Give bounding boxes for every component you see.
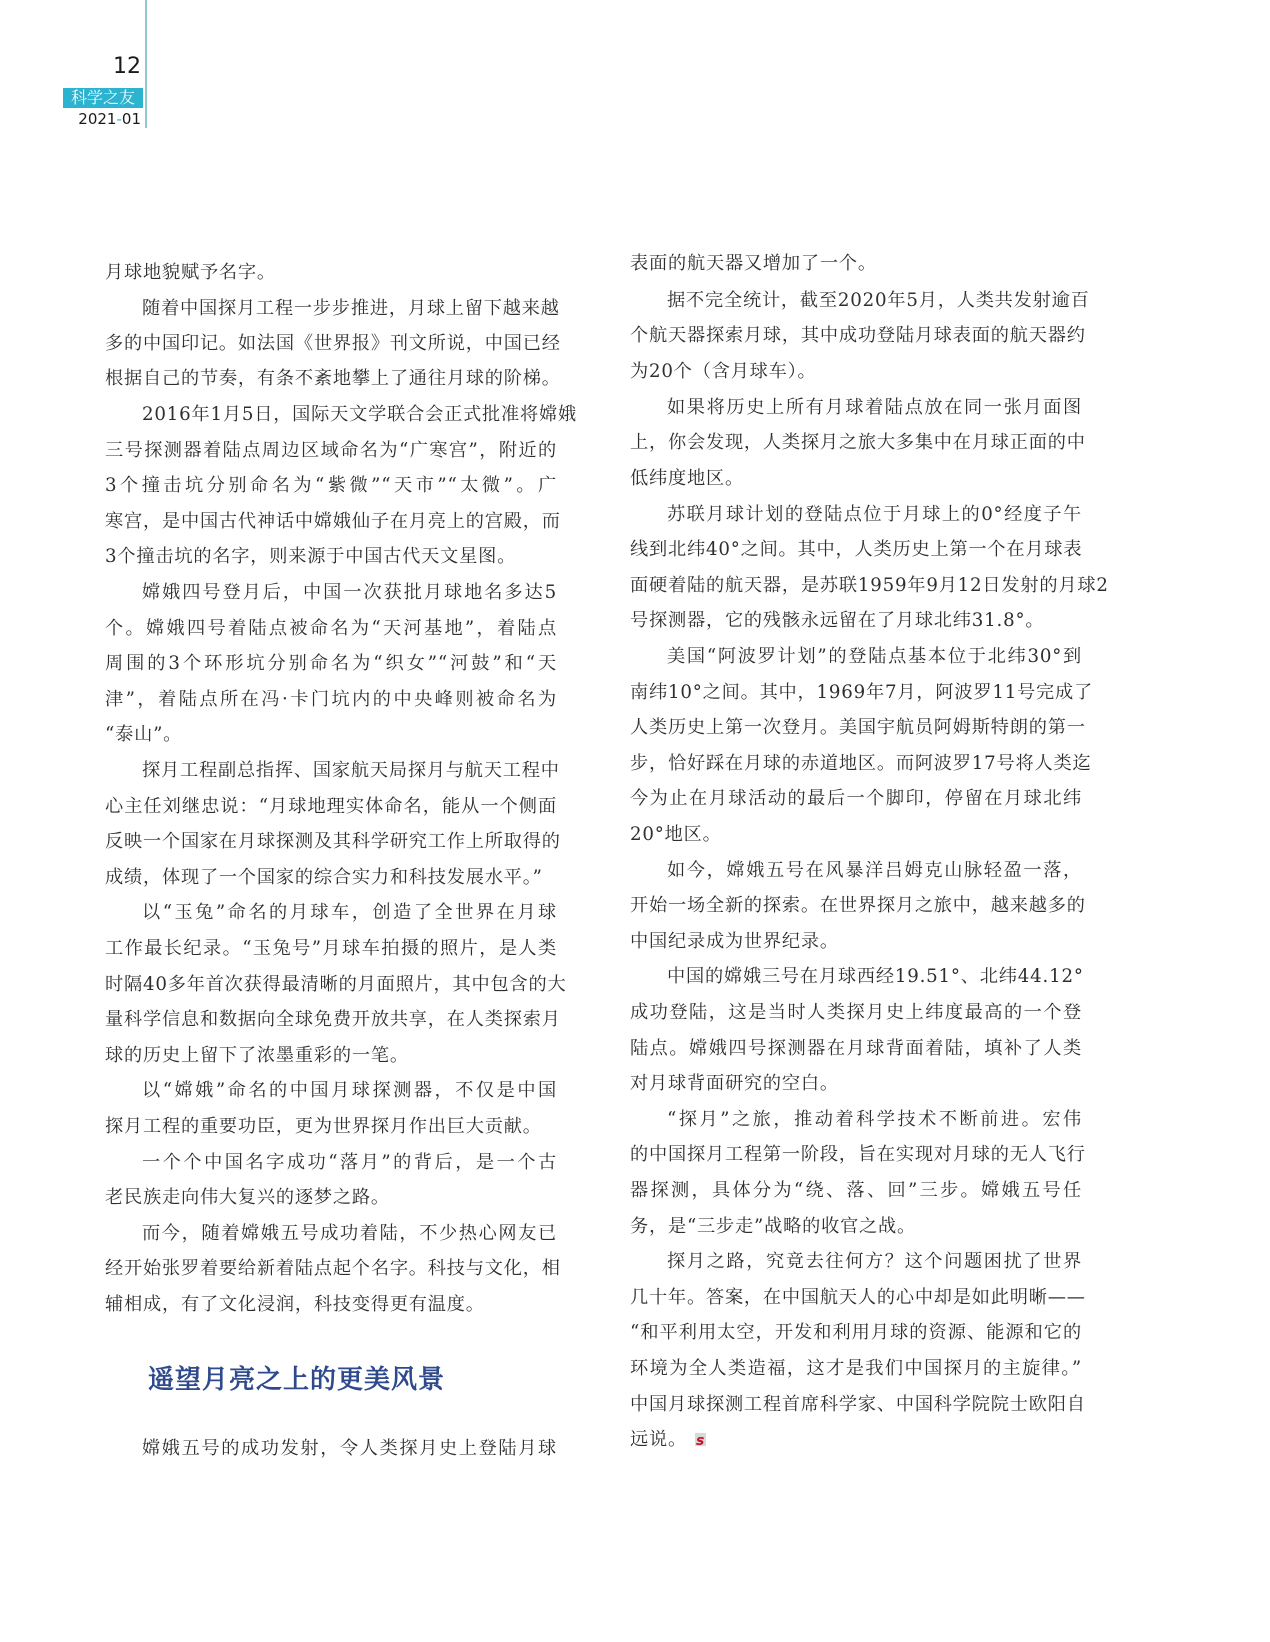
text-line-content: 几十年。答案，在中国航天人的心中却是如此明晰—— [630,1287,1086,1308]
text-line: “探月”之旅，推动着科学技术不断前进。宏伟 [667,1108,1082,1132]
text-line: 几十年。答案，在中国航天人的心中却是如此明晰—— [630,1286,1082,1310]
text-line: 线到北纬40°之间。其中，人类历史上第一个在月球表 [630,538,1082,562]
text-line-content: 南纬10°之间。其中，1969年7月，阿波罗11号完成了 [630,682,1093,703]
text-line: 务，是“三步走”战略的收官之战。 [630,1215,916,1239]
text-line: 心主任刘继忠说：“月球地理实体命名，能从一个侧面 [105,795,557,819]
text-line: 如今，嫦娥五号在风暴洋吕姆克山脉轻盈一落， [667,859,1082,883]
text-line-content: 周围的3个环形坑分别命名为“织女”“河鼓”和“天 [105,653,557,674]
text-line-content: 探月工程副总指挥、国家航天局探月与航天工程中 [142,760,560,781]
text-line-content: 心主任刘继忠说：“月球地理实体命名，能从一个侧面 [105,796,557,817]
text-line: 步，恰好踩在月球的赤道地区。而阿波罗17号将人类迄 [630,752,1082,776]
text-line-content: 球的历史上留下了浓墨重彩的一笔。 [105,1045,409,1066]
text-line: 探月之路，究竟去往何方？这个问题困扰了世界 [667,1250,1082,1274]
text-line: 工作最长纪录。“玉兔号”月球车拍摄的照片，是人类 [105,937,557,961]
text-line: 今为止在月球活动的最后一个脚印，停留在月球北纬 [630,787,1082,811]
header-divider-rule [145,0,147,128]
text-line: 3个撞击坑分别命名为“紫微”“天市”“太微”。广 [105,474,557,498]
text-line: 嫦娥四号登月后，中国一次获批月球地名多达5 [142,581,557,605]
text-line-content: 据不完全统计，截至2020年5月，人类共发射逾百 [667,290,1090,311]
text-line-content: 三号探测器着陆点周边区域命名为“广寒宫”，附近的 [105,440,557,461]
text-line-content: 人类历史上第一次登月。美国宇航员阿姆斯特朗的第一 [630,717,1086,738]
text-line-content: 的中国探月工程第一阶段，旨在实现对月球的无人飞行 [630,1144,1086,1165]
text-line-content: 线到北纬40°之间。其中，人类历史上第一个在月球表 [630,539,1082,560]
text-line: 津”，着陆点所在冯·卡门坑内的中央峰则被命名为 [105,688,557,712]
text-line: 探月工程副总指挥、国家航天局探月与航天工程中 [142,759,557,783]
text-line-content: 津”，着陆点所在冯·卡门坑内的中央峰则被命名为 [105,689,557,710]
text-line-content: 号探测器，它的残骸永远留在了月球北纬31.8°。 [630,610,1044,631]
text-line: 20°地区。 [630,823,722,847]
text-line-content: 务，是“三步走”战略的收官之战。 [630,1216,916,1237]
text-line-content: 根据自己的节奏，有条不紊地攀上了通往月球的阶梯。 [105,368,561,389]
text-line-content: 工作最长纪录。“玉兔号”月球车拍摄的照片，是人类 [105,938,557,959]
text-line-content: 环境为全人类造福，这才是我们中国探月的主旋律。” [630,1358,1082,1379]
text-line: 量科学信息和数据向全球免费开放共享，在人类探索月 [105,1008,557,1032]
text-line: 成功登陆，这是当时人类探月史上纬度最高的一个登 [630,1001,1082,1025]
text-line: 中国月球探测工程首席科学家、中国科学院院士欧阳自 [630,1393,1082,1417]
text-line-content: 探月之路，究竟去往何方？这个问题困扰了世界 [667,1251,1082,1272]
text-line: 陆点。嫦娥四号探测器在月球背面着陆，填补了人类 [630,1037,1082,1061]
text-line: 号探测器，它的残骸永远留在了月球北纬31.8°。 [630,609,1044,633]
text-line: 时隔40多年首次获得最清晰的月面照片，其中包含的大 [105,973,557,997]
text-line-content: 反映一个国家在月球探测及其科学研究工作上所取得的 [105,831,561,852]
text-line-content: 步，恰好踩在月球的赤道地区。而阿波罗17号将人类迄 [630,753,1091,774]
text-line: 三号探测器着陆点周边区域命名为“广寒宫”，附近的 [105,439,557,463]
text-line: 随着中国探月工程一步步推进，月球上留下越来越 [142,297,557,321]
text-line-content: 而今，随着嫦娥五号成功着陆，不少热心网友已 [142,1223,557,1244]
text-line-content: 如果将历史上所有月球着陆点放在同一张月面图 [667,397,1082,418]
text-line-content: 为20个（含月球车）。 [630,361,817,382]
text-line: 以“玉兔”命名的月球车，创造了全世界在月球 [142,901,557,925]
text-line: 成绩，体现了一个国家的综合实力和科技发展水平。” [105,866,543,890]
text-line-content: 嫦娥五号的成功发射，令人类探月史上登陆月球 [142,1438,557,1459]
text-line-content: 月球地貌赋予名字。 [105,262,276,283]
text-line-content: 中国纪录成为世界纪录。 [630,931,839,952]
text-line: 对月球背面研究的空白。 [630,1072,839,1096]
page-number: 12 [113,55,141,79]
text-line-content: 时隔40多年首次获得最清晰的月面照片，其中包含的大 [105,974,566,995]
text-line: 南纬10°之间。其中，1969年7月，阿波罗11号完成了 [630,681,1082,705]
text-line-content: 苏联月球计划的登陆点位于月球上的0°经度子午 [667,504,1082,525]
text-line-content: 嫦娥四号登月后，中国一次获批月球地名多达5 [142,582,557,603]
text-line: “泰山”。 [105,723,182,747]
text-line: 个。嫦娥四号着陆点被命名为“天河基地”，着陆点 [105,617,557,641]
text-line-content: 个航天器探索月球，其中成功登陆月球表面的航天器约 [630,325,1086,346]
issue-month: 01 [122,110,141,128]
text-line-content: 2016年1月5日，国际天文学联合会正式批准将嫦娥 [142,404,577,425]
text-line-content: 以“玉兔”命名的月球车，创造了全世界在月球 [142,902,557,923]
text-line-content: 中国的嫦娥三号在月球西经19.51°、北纬44.12° [667,966,1084,987]
text-line: 一个个中国名字成功“落月”的背后，是一个古 [142,1151,557,1175]
text-line: 周围的3个环形坑分别命名为“织女”“河鼓”和“天 [105,652,557,676]
text-line-content: “和平利用太空，开发和利用月球的资源、能源和它的 [630,1322,1082,1343]
text-line-content: 器探测，具体分为“绕、落、回”三步。嫦娥五号任 [630,1180,1082,1201]
text-line-content: 寒宫，是中国古代神话中嫦娥仙子在月亮上的宫殿，而 [105,511,561,532]
text-line: 老民族走向伟大复兴的逐梦之路。 [105,1186,390,1210]
end-of-article-icon [695,1433,706,1446]
text-line-content: 表面的航天器又增加了一个。 [630,253,877,274]
text-line: 以“嫦娥”命名的中国月球探测器，不仅是中国 [142,1079,557,1103]
text-line-content: 辅相成，有了文化浸润，科技变得更有温度。 [105,1294,485,1315]
text-line-content: 今为止在月球活动的最后一个脚印，停留在月球北纬 [630,788,1082,809]
text-line: 2016年1月5日，国际天文学联合会正式批准将嫦娥 [142,403,557,427]
issue-date: 2021-01 [78,110,141,128]
text-line: 月球地貌赋予名字。 [105,261,276,285]
text-line-content: 陆点。嫦娥四号探测器在月球背面着陆，填补了人类 [630,1038,1082,1059]
text-line: 的中国探月工程第一阶段，旨在实现对月球的无人飞行 [630,1143,1082,1167]
text-line: 中国的嫦娥三号在月球西经19.51°、北纬44.12° [667,965,1082,989]
text-line: 表面的航天器又增加了一个。 [630,252,877,276]
text-line: 为20个（含月球车）。 [630,360,817,384]
text-line: 据不完全统计，截至2020年5月，人类共发射逾百 [667,289,1082,313]
magazine-name-badge: 科学之友 [63,88,143,108]
text-line: 经开始张罗着要给新着陆点起个名字。科技与文化，相 [105,1257,557,1281]
text-line-content: 经开始张罗着要给新着陆点起个名字。科技与文化，相 [105,1258,561,1279]
text-line: 如果将历史上所有月球着陆点放在同一张月面图 [667,396,1082,420]
text-line: 器探测，具体分为“绕、落、回”三步。嫦娥五号任 [630,1179,1082,1203]
text-line: 面硬着陆的航天器，是苏联1959年9月12日发射的月球2 [630,574,1082,598]
text-line-content: 上，你会发现，人类探月之旅大多集中在月球正面的中 [630,432,1086,453]
text-line: “和平利用太空，开发和利用月球的资源、能源和它的 [630,1321,1082,1345]
text-line: 探月工程的重要功臣，更为世界探月作出巨大贡献。 [105,1115,542,1139]
text-line-content: 成绩，体现了一个国家的综合实力和科技发展水平。” [105,867,543,888]
text-line: 而今，随着嫦娥五号成功着陆，不少热心网友已 [142,1222,557,1246]
text-line-content: 中国月球探测工程首席科学家、中国科学院院士欧阳自 [630,1394,1086,1415]
text-line: 远说。 [630,1428,706,1452]
text-line: 根据自己的节奏，有条不紊地攀上了通往月球的阶梯。 [105,367,557,391]
text-line: 寒宫，是中国古代神话中嫦娥仙子在月亮上的宫殿，而 [105,510,557,534]
text-line: 苏联月球计划的登陆点位于月球上的0°经度子午 [667,503,1082,527]
text-line: 3个撞击坑的名字，则来源于中国古代天文星图。 [105,545,516,569]
text-line-content: 以“嫦娥”命名的中国月球探测器，不仅是中国 [142,1080,557,1101]
section-heading: 遥望月亮之上的更美风景 [148,1364,445,1396]
text-line-content: 20°地区。 [630,824,722,845]
text-line-content: 随着中国探月工程一步步推进，月球上留下越来越 [142,298,560,319]
text-line: 开始一场全新的探索。在世界探月之旅中，越来越多的 [630,894,1082,918]
text-line-content: 3个撞击坑的名字，则来源于中国古代天文星图。 [105,546,516,567]
text-line-content: 老民族走向伟大复兴的逐梦之路。 [105,1187,390,1208]
text-line-content: “泰山”。 [105,724,182,745]
text-line-content: 如今，嫦娥五号在风暴洋吕姆克山脉轻盈一落， [667,860,1082,881]
text-line: 多的中国印记。如法国《世界报》刊文所说，中国已经 [105,332,557,356]
text-line-content: 开始一场全新的探索。在世界探月之旅中，越来越多的 [630,895,1086,916]
text-line: 低纬度地区。 [630,467,744,491]
text-line-content: 美国“阿波罗计划”的登陆点基本位于北纬30°到 [667,646,1082,667]
text-line: 美国“阿波罗计划”的登陆点基本位于北纬30°到 [667,645,1082,669]
text-line: 中国纪录成为世界纪录。 [630,930,839,954]
text-line-content: 3个撞击坑分别命名为“紫微”“天市”“太微”。广 [105,475,557,496]
text-line-content: 低纬度地区。 [630,468,744,489]
text-line-content: 面硬着陆的航天器，是苏联1959年9月12日发射的月球2 [630,575,1109,596]
text-line: 个航天器探索月球，其中成功登陆月球表面的航天器约 [630,324,1082,348]
text-line: 上，你会发现，人类探月之旅大多集中在月球正面的中 [630,431,1082,455]
text-line-content: 个。嫦娥四号着陆点被命名为“天河基地”，着陆点 [105,618,557,639]
text-line-content: 量科学信息和数据向全球免费开放共享，在人类探索月 [105,1009,561,1030]
text-line: 球的历史上留下了浓墨重彩的一笔。 [105,1044,409,1068]
text-line: 反映一个国家在月球探测及其科学研究工作上所取得的 [105,830,557,854]
text-line: 环境为全人类造福，这才是我们中国探月的主旋律。” [630,1357,1082,1381]
text-line-content: 远说。 [630,1429,687,1450]
text-line-content: 对月球背面研究的空白。 [630,1073,839,1094]
text-line-content: “探月”之旅，推动着科学技术不断前进。宏伟 [667,1109,1082,1130]
text-line-content: 多的中国印记。如法国《世界报》刊文所说，中国已经 [105,333,561,354]
text-line-content: 成功登陆，这是当时人类探月史上纬度最高的一个登 [630,1002,1082,1023]
text-line: 人类历史上第一次登月。美国宇航员阿姆斯特朗的第一 [630,716,1082,740]
text-line: 辅相成，有了文化浸润，科技变得更有温度。 [105,1293,485,1317]
text-line-content: 探月工程的重要功臣，更为世界探月作出巨大贡献。 [105,1116,542,1137]
text-line: 嫦娥五号的成功发射，令人类探月史上登陆月球 [142,1437,557,1461]
text-line-content: 一个个中国名字成功“落月”的背后，是一个古 [142,1152,557,1173]
issue-year: 2021 [78,110,116,128]
